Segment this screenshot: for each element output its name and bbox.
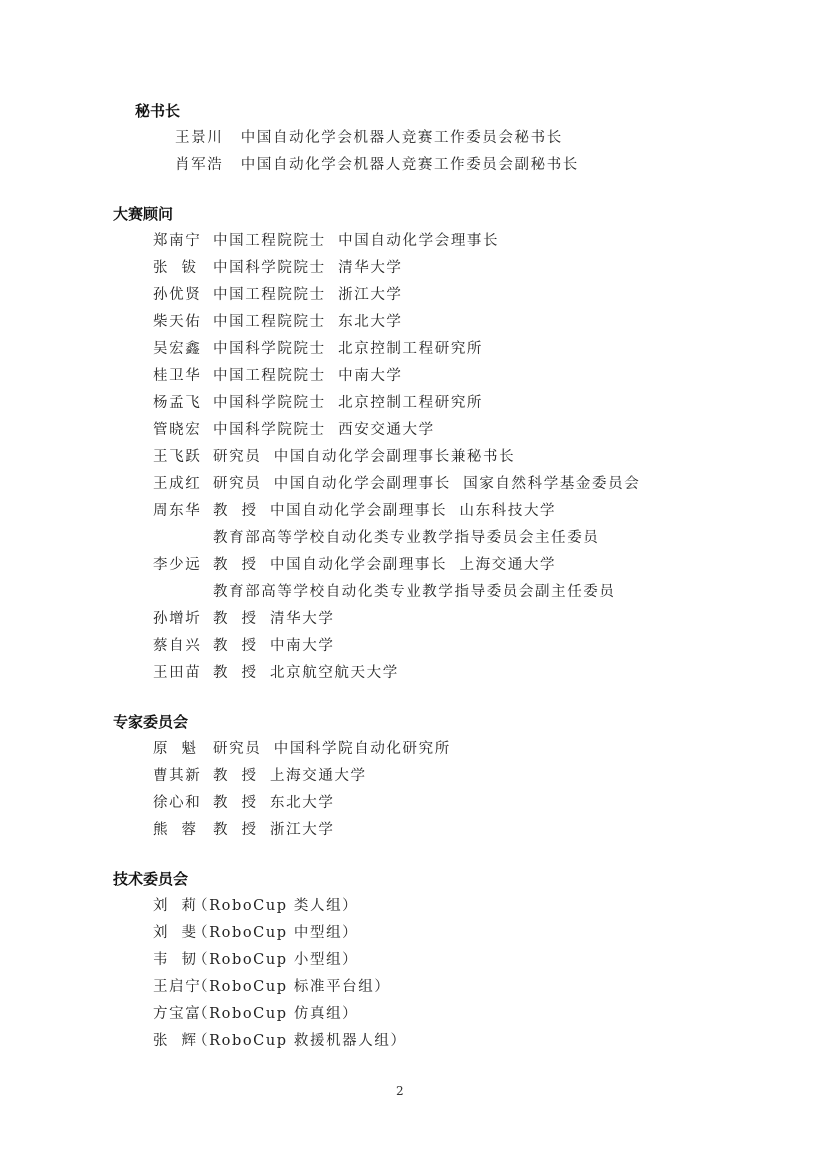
list-item-continuation: 教育部高等学校自动化类专业教学指导委员会主任委员 [153,528,599,548]
person-name: 肖军浩 [175,155,235,175]
person-description: 中国工程院院士 东北大学 [213,312,403,332]
person-description: 教 授 北京航空航天大学 [213,663,399,683]
person-name: 熊 蓉 [153,820,213,840]
list-item: 郑南宁中国工程院院士 中国自动化学会理事长 [153,231,499,251]
person-description: 教育部高等学校自动化类专业教学指导委员会副主任委员 [213,582,616,602]
person-description: 中国工程院院士 中南大学 [213,366,403,386]
list-item: 柴天佑中国工程院院士 东北大学 [153,312,403,332]
list-item: 吴宏鑫中国科学院院士 北京控制工程研究所 [153,339,483,359]
section-heading-technical-committee: 技术委员会 [113,869,188,889]
list-item: 张 钹中国科学院院士 清华大学 [153,258,403,278]
person-name: 原 魁 [153,739,213,759]
list-item: 王田苗教 授 北京航空航天大学 [153,663,399,683]
document-page: 秘书长 王景川中国自动化学会机器人竞赛工作委员会秘书长 肖军浩中国自动化学会机器… [0,0,826,1169]
person-description: 教 授 中南大学 [213,636,334,656]
list-item-continuation: 教育部高等学校自动化类专业教学指导委员会副主任委员 [153,582,616,602]
person-description: （RoboCup 类人组） [193,896,358,916]
person-description: 教 授 东北大学 [213,793,334,813]
person-name: 张 辉 [153,1031,193,1051]
person-description: 教 授 中国自动化学会副理事长 山东科技大学 [213,501,556,521]
person-name: 杨孟飞 [153,393,213,413]
section-heading-secretary-general: 秘书长 [135,101,180,121]
person-name: 刘 莉 [153,896,193,916]
person-description: 中国科学院院士 北京控制工程研究所 [213,339,483,359]
person-name: 蔡自兴 [153,636,213,656]
person-name: 郑南宁 [153,231,213,251]
person-description: 中国自动化学会机器人竞赛工作委员会副秘书长 [241,155,579,175]
person-name: 曹其新 [153,766,213,786]
list-item: 肖军浩中国自动化学会机器人竞赛工作委员会副秘书长 [175,155,579,175]
person-description: 教 授 中国自动化学会副理事长 上海交通大学 [213,555,556,575]
person-name: 孙增圻 [153,609,213,629]
person-name: 王景川 [175,128,235,148]
person-name: 徐心和 [153,793,213,813]
person-description: （RoboCup 救援机器人组） [193,1031,407,1051]
person-description: 教 授 浙江大学 [213,820,334,840]
list-item: 李少远教 授 中国自动化学会副理事长 上海交通大学 [153,555,556,575]
list-item: 刘 莉（RoboCup 类人组） [153,896,358,916]
person-description: 研究员 中国自动化学会副理事长 国家自然科学基金委员会 [213,474,640,494]
person-description: 中国工程院院士 浙江大学 [213,285,403,305]
person-description: （RoboCup 小型组） [193,950,358,970]
list-item: 原 魁研究员 中国科学院自动化研究所 [153,739,451,759]
person-name: 方宝富 [153,1004,193,1024]
list-item: 熊 蓉教 授 浙江大学 [153,820,334,840]
list-item: 方宝富（RoboCup 仿真组） [153,1004,358,1024]
list-item: 刘 斐（RoboCup 中型组） [153,923,358,943]
person-description: （RoboCup 仿真组） [193,1004,358,1024]
list-item: 张 辉（RoboCup 救援机器人组） [153,1031,407,1051]
section-heading-advisors: 大赛顾问 [113,204,173,224]
person-description: 教 授 上海交通大学 [213,766,367,786]
list-item: 桂卫华中国工程院院士 中南大学 [153,366,403,386]
list-item: 韦 韧（RoboCup 小型组） [153,950,358,970]
person-name: 管晓宏 [153,420,213,440]
list-item: 杨孟飞中国科学院院士 北京控制工程研究所 [153,393,483,413]
person-description: （RoboCup 标准平台组） [193,977,390,997]
list-item: 王启宁（RoboCup 标准平台组） [153,977,390,997]
person-description: 中国自动化学会机器人竞赛工作委员会秘书长 [241,128,563,148]
page-number: 2 [396,1084,404,1098]
person-name: 吴宏鑫 [153,339,213,359]
person-description: 中国科学院院士 清华大学 [213,258,403,278]
person-description: 教 授 清华大学 [213,609,334,629]
person-name: 王飞跃 [153,447,213,467]
person-name: 王成红 [153,474,213,494]
person-description: 教育部高等学校自动化类专业教学指导委员会主任委员 [213,528,599,548]
person-name: 周东华 [153,501,213,521]
list-item: 徐心和教 授 东北大学 [153,793,334,813]
list-item: 王飞跃研究员 中国自动化学会副理事长兼秘书长 [153,447,515,467]
list-item: 周东华教 授 中国自动化学会副理事长 山东科技大学 [153,501,556,521]
person-description: 中国科学院院士 北京控制工程研究所 [213,393,483,413]
person-name: 桂卫华 [153,366,213,386]
person-description: 中国科学院院士 西安交通大学 [213,420,435,440]
person-name: 李少远 [153,555,213,575]
list-item: 蔡自兴教 授 中南大学 [153,636,334,656]
person-name: 张 钹 [153,258,213,278]
list-item: 王成红研究员 中国自动化学会副理事长 国家自然科学基金委员会 [153,474,640,494]
person-name: 王田苗 [153,663,213,683]
list-item: 曹其新教 授 上海交通大学 [153,766,367,786]
person-name: 柴天佑 [153,312,213,332]
person-description: 中国工程院院士 中国自动化学会理事长 [213,231,499,251]
person-description: 研究员 中国科学院自动化研究所 [213,739,451,759]
person-name: 刘 斐 [153,923,193,943]
person-name: 韦 韧 [153,950,193,970]
list-item: 王景川中国自动化学会机器人竞赛工作委员会秘书长 [175,128,563,148]
list-item: 孙增圻教 授 清华大学 [153,609,334,629]
person-name: 孙优贤 [153,285,213,305]
person-description: （RoboCup 中型组） [193,923,358,943]
person-name: 王启宁 [153,977,193,997]
section-heading-expert-committee: 专家委员会 [113,712,188,732]
list-item: 管晓宏中国科学院院士 西安交通大学 [153,420,435,440]
person-description: 研究员 中国自动化学会副理事长兼秘书长 [213,447,515,467]
list-item: 孙优贤中国工程院院士 浙江大学 [153,285,403,305]
